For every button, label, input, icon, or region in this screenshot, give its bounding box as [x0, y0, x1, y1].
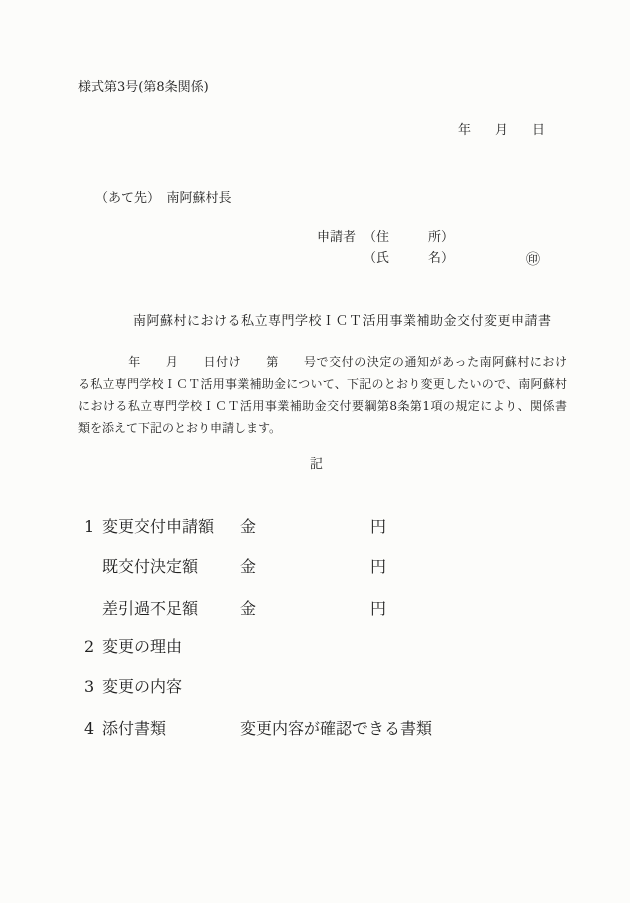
item-row: 2 変更の理由	[0, 637, 630, 657]
document-page: 様式第3号(第8条関係) 年 月 日 （あて先） 南阿蘇村長 申請者 （住 所）…	[0, 0, 630, 903]
body-line: 類を添えて下記のとおり申請します。	[78, 417, 567, 439]
attachment-description: 変更内容が確認できる書類	[240, 719, 432, 739]
body-line: における私立専門学校ＩＣＴ活用事業補助金交付要綱第8条第1項の規定により、関係書	[78, 395, 567, 417]
item-label: 差引過不足額	[102, 599, 198, 619]
item-number: 2	[84, 637, 94, 657]
body-line: る私立専門学校ＩＣＴ活用事業補助金について、下記のとおり変更したいので、南阿蘇村	[78, 373, 567, 395]
date-day-label: 日	[532, 122, 545, 140]
seal-mark-icon: ㊞	[526, 249, 540, 269]
item-number: 3	[84, 677, 94, 697]
document-title: 南阿蘇村における私立専門学校ＩＣＴ活用事業補助金交付変更申請書	[133, 310, 552, 329]
body-paragraph: 年 月 日付け 第 号で交付の決定の通知があった南阿蘇村におけ る私立専門学校Ｉ…	[78, 351, 567, 439]
addressee: （あて先） 南阿蘇村長	[95, 190, 232, 208]
date-year-label: 年	[458, 122, 471, 140]
item-label: 変更交付申請額	[102, 517, 214, 537]
ki-marker: 記	[310, 456, 323, 474]
applicant-name-field: （氏 名）	[363, 250, 454, 268]
date-month-label: 月	[495, 122, 508, 140]
item-row: 3 変更の内容	[0, 677, 630, 697]
amount-unit: 円	[370, 557, 386, 577]
applicant-label: 申請者	[317, 229, 356, 247]
item-row: 差引過不足額 金 円	[0, 599, 630, 619]
amount-prefix: 金	[240, 517, 256, 537]
item-row: 4 添付書類 変更内容が確認できる書類	[0, 719, 630, 739]
item-label: 変更の理由	[102, 637, 182, 657]
amount-prefix: 金	[240, 557, 256, 577]
amount-prefix: 金	[240, 599, 256, 619]
amount-unit: 円	[370, 517, 386, 537]
item-label: 変更の内容	[102, 677, 182, 697]
body-line: 年 月 日付け 第 号で交付の決定の通知があった南阿蘇村におけ	[78, 351, 567, 373]
item-label: 添付書類	[102, 719, 166, 739]
item-number: 1	[84, 517, 94, 537]
item-row: 1 変更交付申請額 金 円	[0, 517, 630, 537]
applicant-address-field: （住 所）	[363, 229, 454, 247]
item-label: 既交付決定額	[102, 557, 198, 577]
amount-unit: 円	[370, 599, 386, 619]
item-row: 既交付決定額 金 円	[0, 557, 630, 577]
item-number: 4	[84, 719, 94, 739]
form-number: 様式第3号(第8条関係)	[78, 79, 209, 97]
